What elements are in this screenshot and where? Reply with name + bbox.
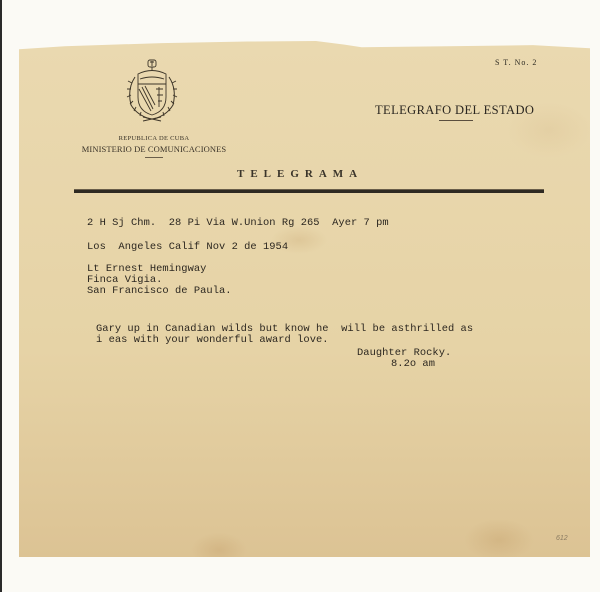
office-underline — [439, 120, 473, 121]
origin-date-line: Los Angeles Calif Nov 2 de 1954 — [87, 241, 288, 253]
ministry-underline — [145, 157, 163, 158]
ministry-label: MINISTERIO DE COMUNICACIONES — [69, 144, 239, 154]
received-time: 8.2o am — [391, 358, 435, 370]
pencil-annotation: 612 — [556, 535, 568, 542]
recipient-address-line: San Francisco de Paula. — [87, 285, 232, 297]
routing-line: 2 H Sj Chm. 28 Pi Via W.Union Rg 265 Aye… — [87, 217, 389, 229]
form-number: S T. No. 2 — [495, 58, 537, 67]
message-line: i eas with your wonderful award love. — [96, 334, 329, 346]
office-title: TELEGRAFO DEL ESTADO — [375, 103, 534, 118]
document-type-title: TELEGRAMA — [237, 168, 363, 180]
telegram-paper: REPUBLICA DE CUBA MINISTERIO DE COMUNICA… — [19, 40, 590, 557]
scan-edge — [0, 0, 2, 592]
header-divider — [74, 189, 544, 193]
cuban-coat-of-arms-icon — [123, 59, 181, 125]
republic-label: REPUBLICA DE CUBA — [79, 135, 229, 142]
